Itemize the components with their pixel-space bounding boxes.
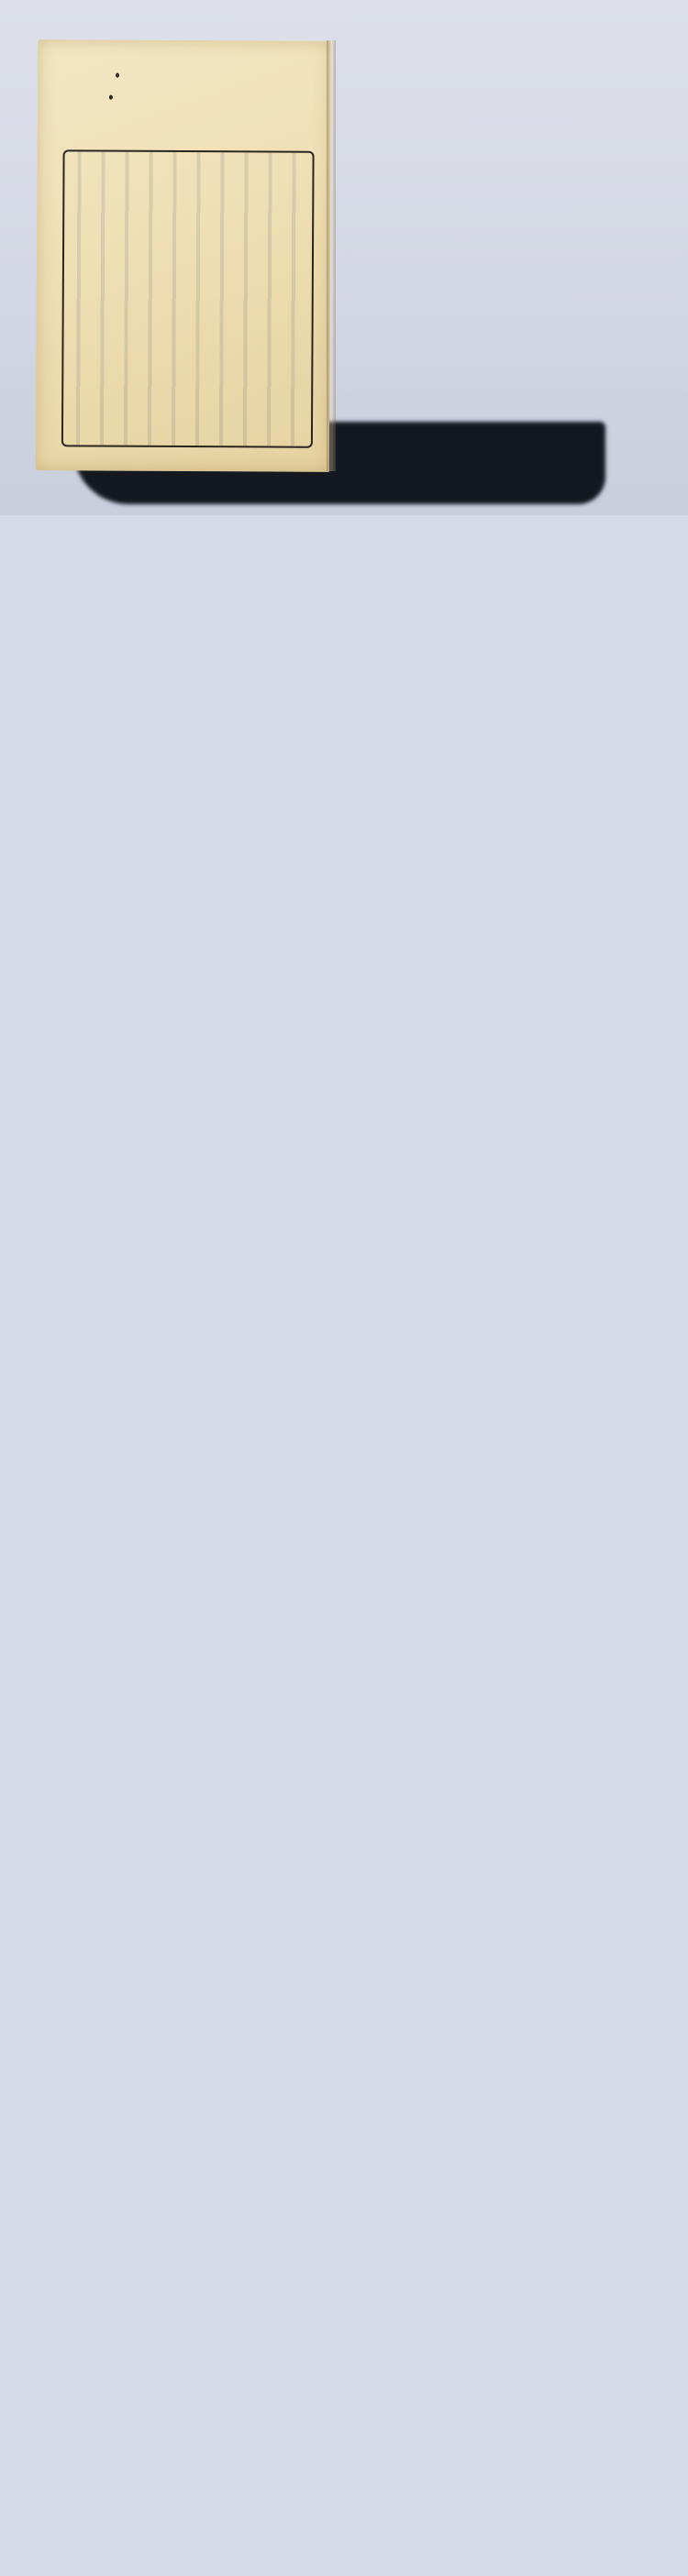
book-gutter	[327, 40, 336, 471]
text-column	[240, 161, 242, 436]
open-book	[37, 37, 598, 477]
text-column	[176, 161, 178, 436]
text-column	[92, 160, 94, 435]
binding-hole	[116, 73, 119, 78]
page-frame	[61, 149, 315, 447]
text-column	[219, 161, 221, 436]
text-column	[197, 161, 199, 436]
text-column	[155, 161, 157, 436]
binding-hole	[109, 95, 113, 100]
text-column	[134, 161, 136, 436]
text-column	[113, 161, 115, 436]
section-heading	[283, 162, 284, 437]
text-columns	[71, 160, 305, 436]
subheading	[261, 161, 263, 436]
photo-spring-spread	[0, 0, 688, 515]
left-page	[36, 39, 331, 472]
